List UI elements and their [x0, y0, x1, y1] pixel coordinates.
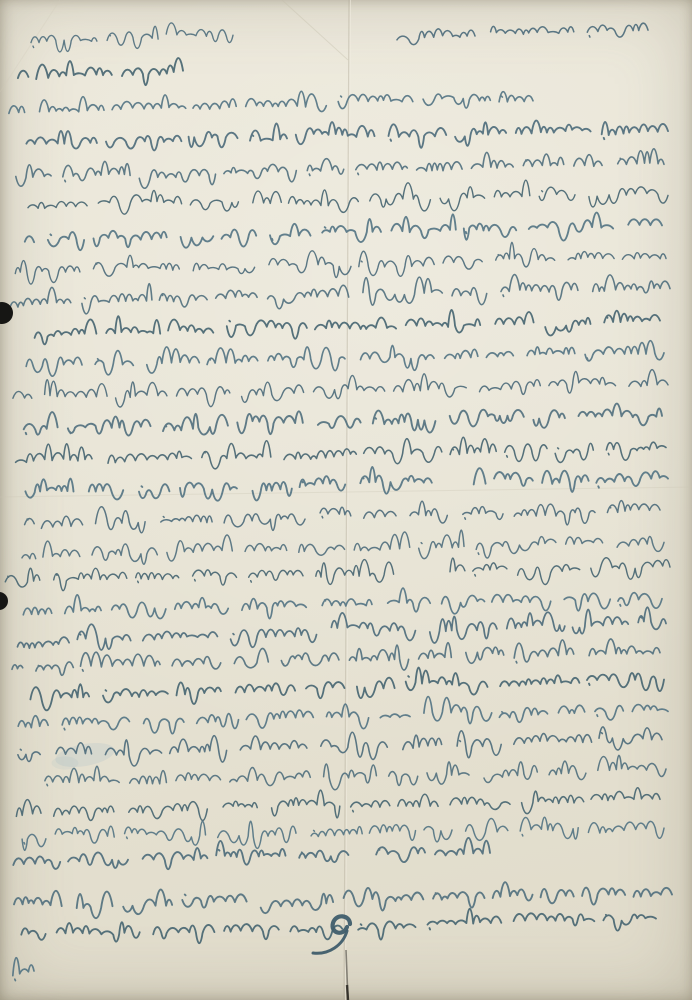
- handwritten-body-line-3: [16, 149, 664, 188]
- paper-crease: [282, 0, 348, 60]
- handwritten-body-line-10: [13, 370, 668, 407]
- handwritten-body-line-16: [5, 558, 670, 591]
- handwritten-date-line: [397, 23, 648, 44]
- paper-crease: [347, 985, 348, 1000]
- ink-stain-layer: [52, 739, 117, 771]
- handwritten-body-line-9: [26, 341, 664, 376]
- letter-page: [0, 0, 692, 1000]
- handwritten-body-line-1: [9, 91, 533, 113]
- handwritten-body-line-21: [18, 697, 668, 734]
- handwritten-body-line-24: [16, 788, 660, 821]
- handwritten-body-line-12: [16, 437, 666, 469]
- handwritten-body-line-2: [26, 121, 668, 151]
- handwritten-body-line-26: [13, 838, 490, 869]
- handwritten-body-line-28: [21, 909, 656, 944]
- paper-crease: [0, 0, 60, 92]
- handwritten-body-line-7: [10, 275, 670, 314]
- handwritten-body-line-27: [14, 882, 672, 918]
- handwritten-body-line-15: [22, 530, 664, 564]
- handwritten-body-line-14: [25, 501, 660, 533]
- handwritten-body-line-19: [12, 639, 660, 675]
- handwritten-body-line-25: [22, 817, 664, 850]
- handwritten-body-line-5: [25, 213, 662, 251]
- letter-artwork: [0, 0, 692, 1000]
- ink-smudge-stain: [52, 756, 79, 769]
- handwriting-layer: [5, 23, 672, 981]
- handwritten-body-line-22: [18, 727, 662, 766]
- punch-hole-mark: [0, 592, 8, 610]
- handwritten-recipient-line-2: [18, 58, 183, 85]
- handwritten-recipient-line-1: [31, 23, 233, 52]
- handwritten-body-line-18: [18, 607, 667, 650]
- handwritten-body-line-6: [15, 242, 666, 284]
- handwritten-postscript-initials: [13, 958, 34, 981]
- creases-layer: [0, 0, 692, 1000]
- handwritten-body-line-11: [24, 404, 662, 436]
- handwritten-body-line-17: [23, 588, 662, 618]
